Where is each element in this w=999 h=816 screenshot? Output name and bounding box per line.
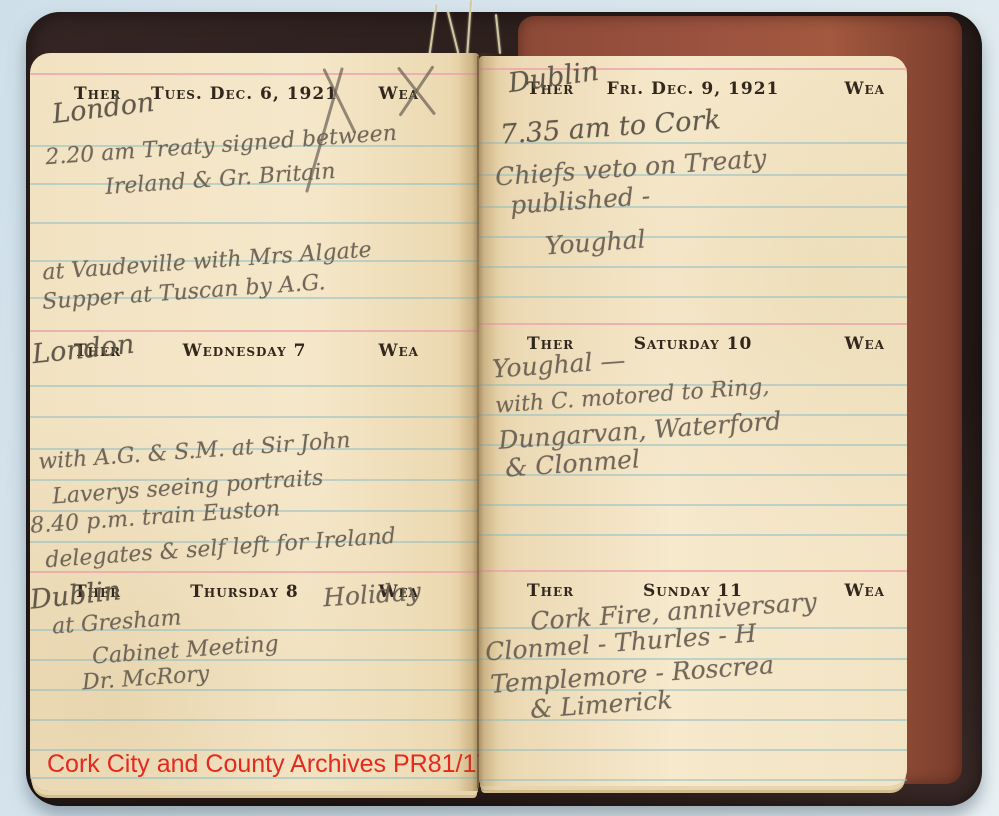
ruled-line [30, 222, 479, 224]
diary-page-right: Ther Fri. Dec. 9, 1921 Wea Ther Saturday… [479, 56, 907, 786]
ruled-line [479, 266, 907, 268]
ruled-line [30, 385, 479, 387]
ruled-line [479, 534, 907, 536]
ruled-line [30, 719, 479, 721]
ruled-line [479, 236, 907, 238]
ruled-line [479, 749, 907, 751]
ruled-line [30, 416, 479, 418]
ruled-line [479, 504, 907, 506]
ruled-line [479, 296, 907, 298]
diary-page-left: Ther Tues. Dec. 6, 1921 Wea Ther Wednesd… [30, 53, 479, 791]
book-gutter-crease [477, 56, 479, 788]
scanned-diary-photo: Ther Tues. Dec. 6, 1921 Wea Ther Wednesd… [0, 0, 999, 816]
archive-reference-stamp: Cork City and County Archives PR81/17/2 [47, 750, 511, 779]
ruled-line [479, 779, 907, 781]
